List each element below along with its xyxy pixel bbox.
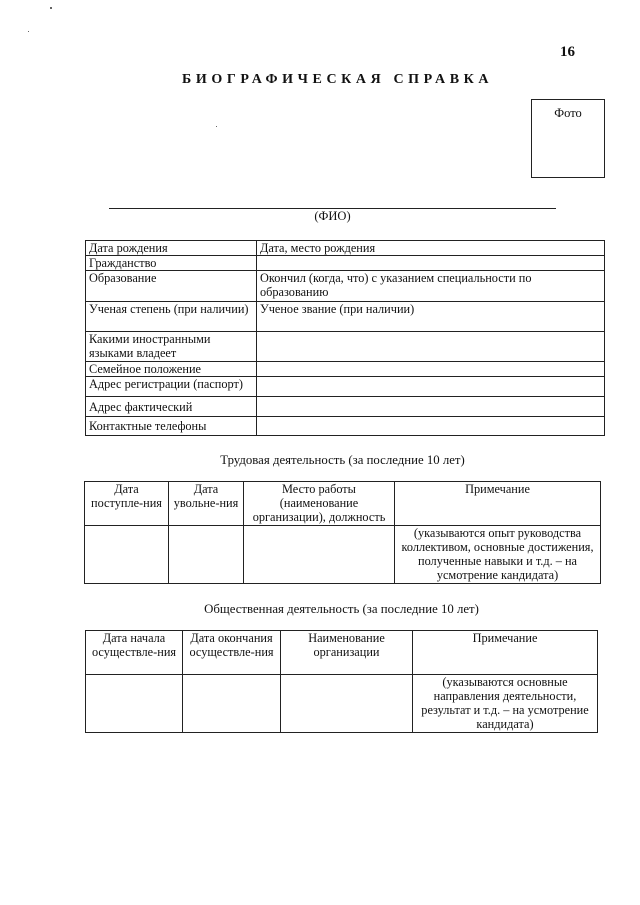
row-label: Гражданство: [86, 256, 257, 271]
header-cell: Примечание: [413, 631, 598, 675]
table-row: Гражданство: [86, 256, 605, 271]
row-label: Образование: [86, 271, 257, 302]
table-row: Адрес регистрации (паспорт): [86, 377, 605, 397]
row-label: Дата рождения: [86, 241, 257, 256]
row-value[interactable]: Ученое звание (при наличии): [257, 302, 605, 332]
scan-speck: [50, 7, 52, 9]
row-value[interactable]: [257, 332, 605, 362]
workplace-cell[interactable]: [244, 526, 395, 584]
table-row: Контактные телефоны: [86, 417, 605, 436]
photo-box: Фото: [531, 99, 605, 178]
table-row: Адрес фактический: [86, 397, 605, 417]
row-value[interactable]: [257, 362, 605, 377]
row-value[interactable]: Окончил (когда, что) с указанием специал…: [257, 271, 605, 302]
work-section-title: Трудовая деятельность (за последние 10 л…: [84, 453, 601, 468]
note-cell[interactable]: (указываются основные направления деятел…: [413, 675, 598, 733]
end-date-cell[interactable]: [183, 675, 281, 733]
public-activity-table: Дата начала осуществле-ния Дата окончани…: [85, 630, 598, 733]
personal-info-table: Дата рождения Дата, место рождения Гражд…: [85, 240, 605, 436]
end-date-cell[interactable]: [169, 526, 244, 584]
row-label: Адрес регистрации (паспорт): [86, 377, 257, 397]
fio-label: (ФИО): [109, 209, 556, 224]
header-cell: Дата поступле-ния: [85, 482, 169, 526]
table-row: (указываются основные направления деятел…: [86, 675, 598, 733]
row-value[interactable]: [257, 377, 605, 397]
scan-speck: [216, 126, 217, 127]
table-row: Образование Окончил (когда, что) с указа…: [86, 271, 605, 302]
work-history-table: Дата поступле-ния Дата увольне-ния Место…: [84, 481, 601, 584]
table-row: Семейное положение: [86, 362, 605, 377]
table-row: (указываются опыт руководства коллективо…: [85, 526, 601, 584]
header-cell: Дата начала осуществле-ния: [86, 631, 183, 675]
start-date-cell[interactable]: [85, 526, 169, 584]
header-cell: Наименование организации: [281, 631, 413, 675]
document-title: БИОГРАФИЧЕСКАЯ СПРАВКА: [182, 72, 493, 88]
row-label: Ученая степень (при наличии): [86, 302, 257, 332]
table-row: Какими иностранными языками владеет: [86, 332, 605, 362]
row-label: Адрес фактический: [86, 397, 257, 417]
row-value[interactable]: [257, 256, 605, 271]
photo-label: Фото: [532, 106, 604, 121]
row-value[interactable]: [257, 417, 605, 436]
header-cell: Дата увольне-ния: [169, 482, 244, 526]
public-section-title: Общественная деятельность (за последние …: [85, 602, 598, 617]
header-cell: Дата окончания осуществле-ния: [183, 631, 281, 675]
table-header-row: Дата начала осуществле-ния Дата окончани…: [86, 631, 598, 675]
note-cell[interactable]: (указываются опыт руководства коллективо…: [395, 526, 601, 584]
start-date-cell[interactable]: [86, 675, 183, 733]
table-row: Ученая степень (при наличии) Ученое зван…: [86, 302, 605, 332]
row-label: Какими иностранными языками владеет: [86, 332, 257, 362]
page-number: 16: [560, 44, 575, 61]
scan-speck: [28, 31, 29, 32]
row-label: Семейное положение: [86, 362, 257, 377]
organization-cell[interactable]: [281, 675, 413, 733]
table-row: Дата рождения Дата, место рождения: [86, 241, 605, 256]
row-value[interactable]: [257, 397, 605, 417]
row-label: Контактные телефоны: [86, 417, 257, 436]
header-cell: Место работы (наименование организации),…: [244, 482, 395, 526]
header-cell: Примечание: [395, 482, 601, 526]
table-header-row: Дата поступле-ния Дата увольне-ния Место…: [85, 482, 601, 526]
row-value[interactable]: Дата, место рождения: [257, 241, 605, 256]
